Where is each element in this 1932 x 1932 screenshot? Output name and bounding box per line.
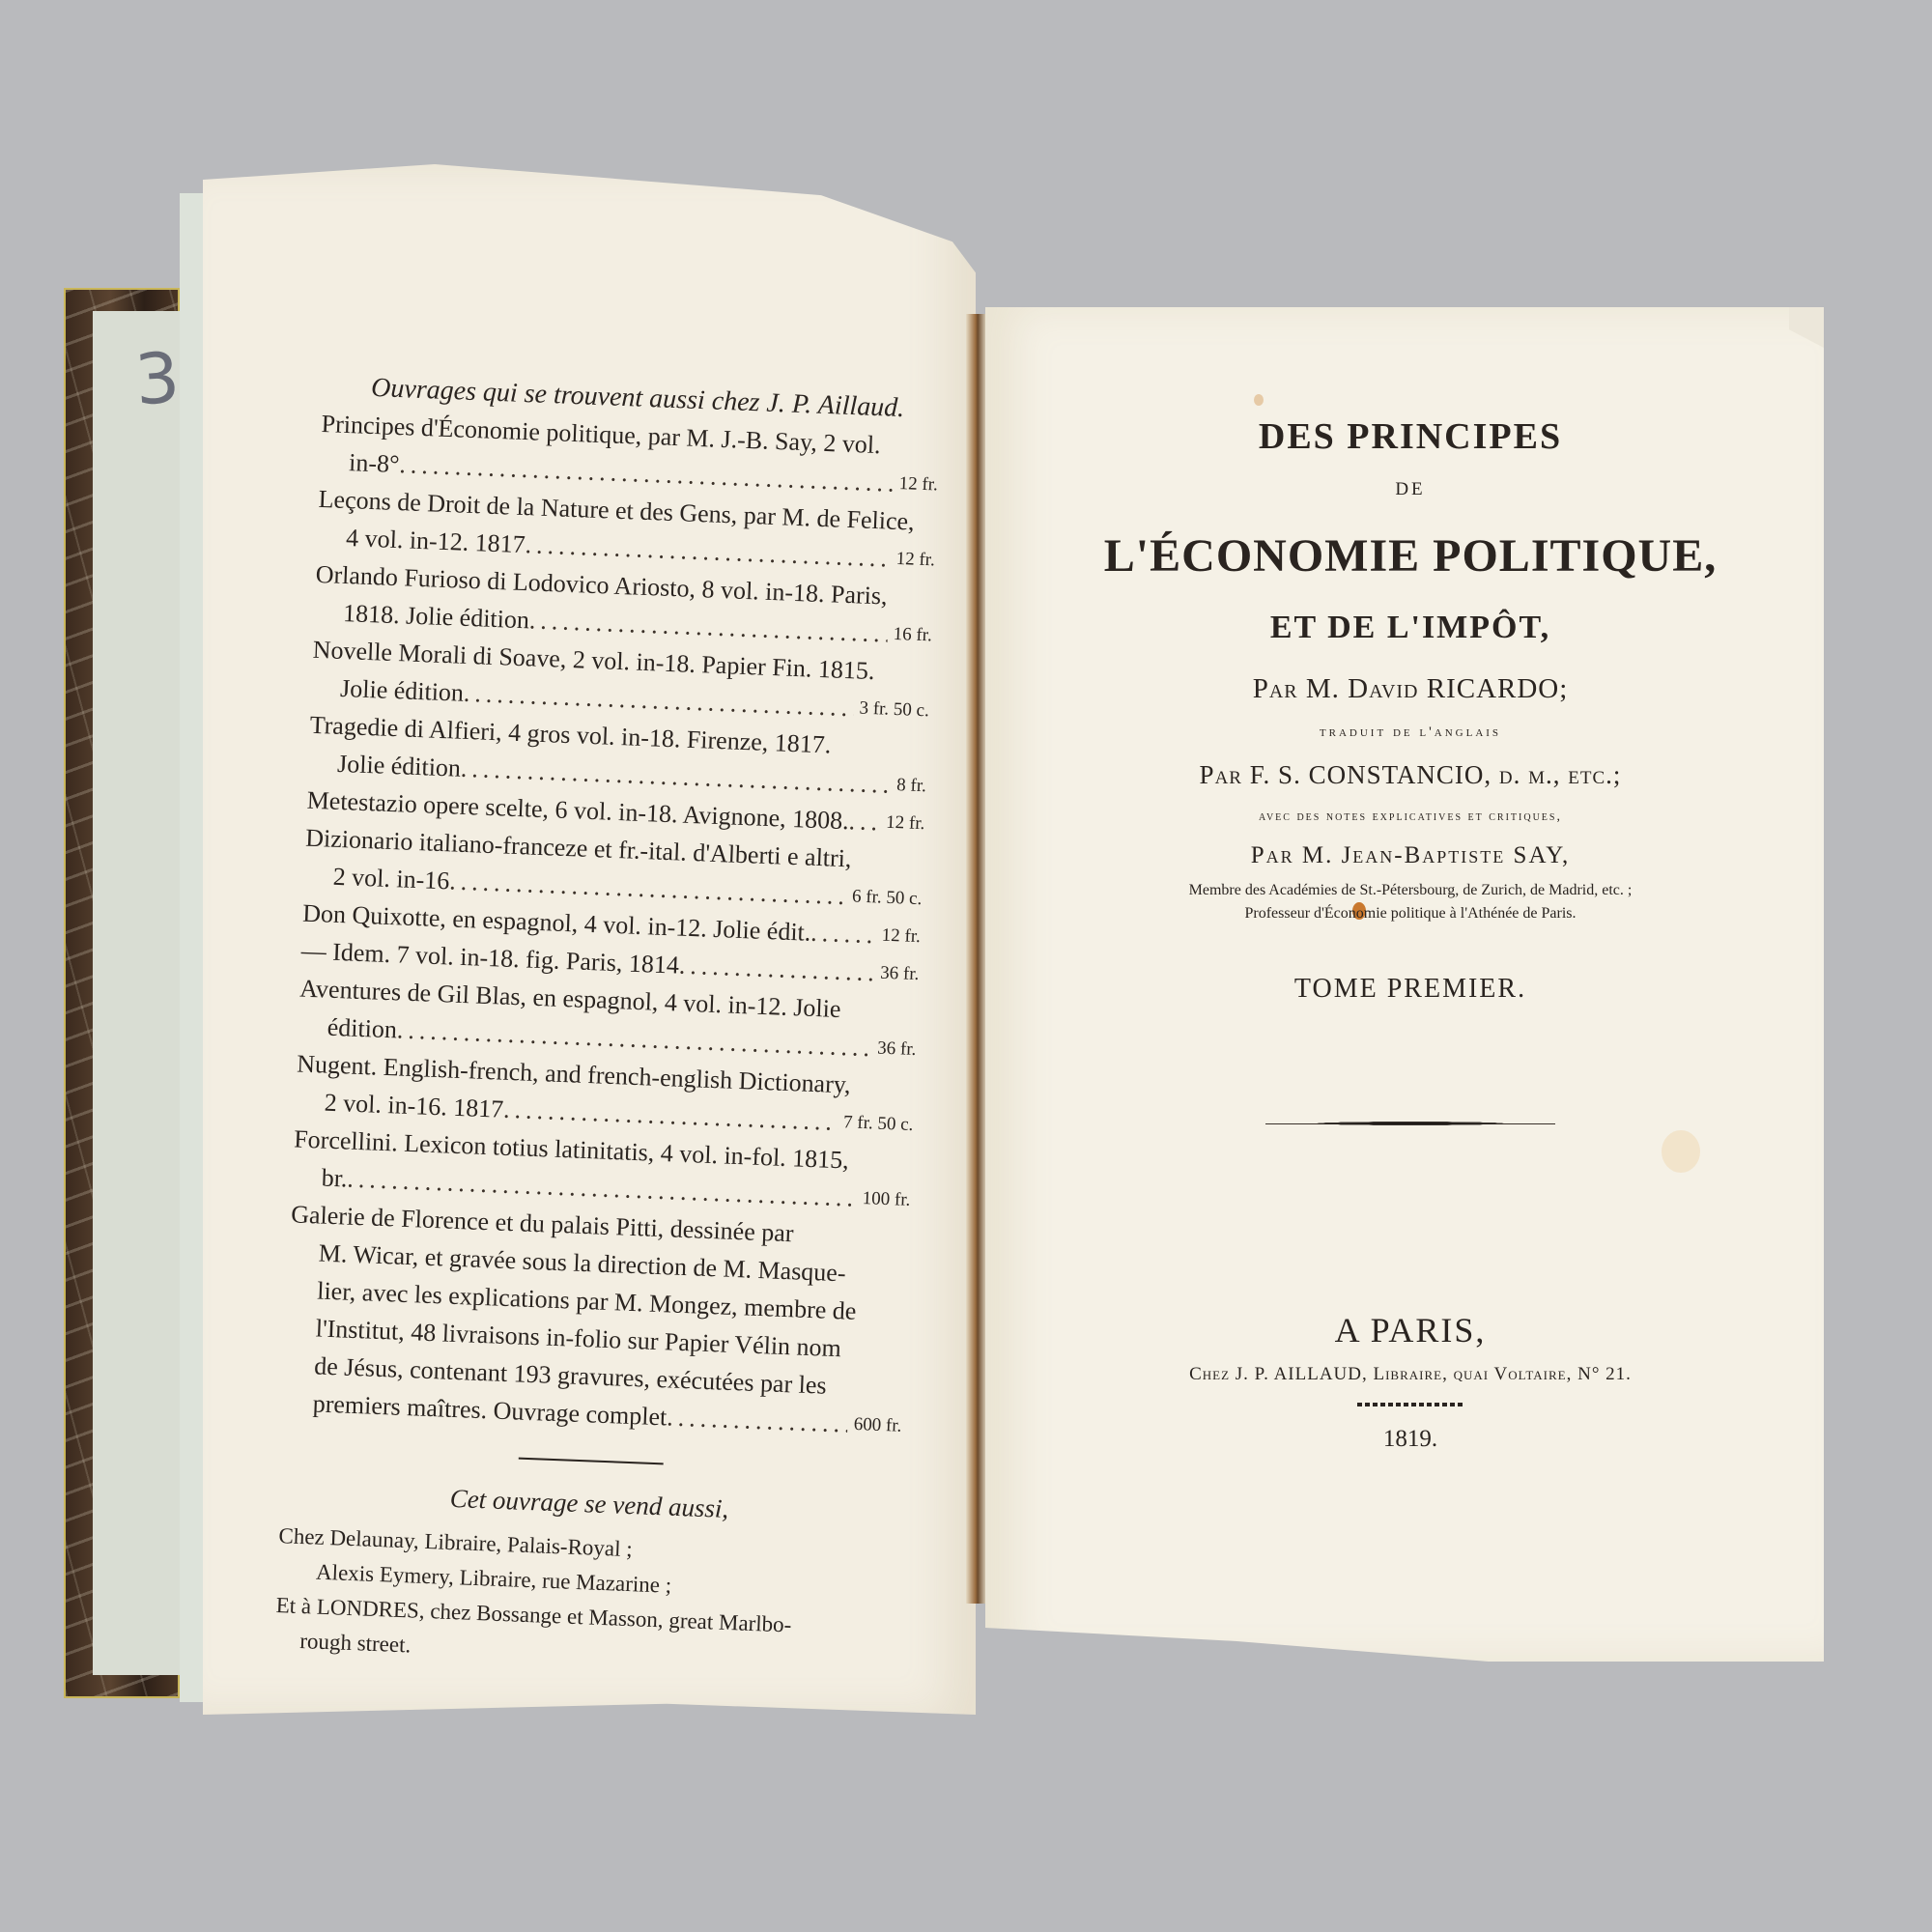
decorative-wavy-rule xyxy=(1357,1403,1463,1406)
dot-leader xyxy=(848,802,881,840)
entry-price: 12 fr. xyxy=(890,540,936,580)
entry-text: in-8° xyxy=(348,443,400,483)
entry-price: 600 fr. xyxy=(847,1406,902,1445)
credentials-line-1: Membre des Académies de St.-Pétersbourg,… xyxy=(1043,879,1777,902)
volume-label: TOME PREMIER. xyxy=(1043,974,1777,1005)
title-line-1: DES PRINCIPES xyxy=(1043,415,1777,458)
advertisement-entry: Galerie de Florence et du palais Pitti, … xyxy=(283,1195,910,1444)
author-line: Par M. David RICARDO; xyxy=(1043,673,1777,705)
translator-line: Par F. S. CONSTANCIO, d. m., etc.; xyxy=(1043,760,1777,790)
entry-text: Jolie édition xyxy=(337,745,462,787)
entry-price: 36 fr. xyxy=(873,953,920,993)
entry-text: Jolie édition xyxy=(340,669,465,712)
entry-price: 6 fr. 50 c. xyxy=(845,877,923,918)
imprint-year: 1819. xyxy=(1043,1426,1777,1453)
annotator-line: Par M. Jean-Baptiste SAY, xyxy=(1043,842,1777,869)
entry-price: 12 fr. xyxy=(893,465,939,504)
credentials-line-2: Professeur d'Économie politique à l'Athé… xyxy=(1043,902,1777,925)
book-gutter xyxy=(966,314,987,1604)
handwritten-pencil-mark: 3 xyxy=(132,337,183,421)
dot-leader xyxy=(667,1398,849,1442)
entry-text: 2 vol. in-16 xyxy=(332,858,450,900)
title-line-4: ET DE L'IMPÔT, xyxy=(1043,610,1777,646)
section-rule xyxy=(519,1458,664,1465)
title-page: DES PRINCIPES DE L'ÉCONOMIE POLITIQUE, E… xyxy=(1043,415,1777,1453)
imprint-publisher: Chez J. P. AILLAUD, Libraire, quai Volta… xyxy=(1043,1364,1777,1385)
foxing-stain xyxy=(1254,394,1264,406)
advertisement-entries: Principes d'Économie politique, par M. J… xyxy=(283,405,940,1445)
entry-price: 36 fr. xyxy=(871,1029,918,1068)
imprint-place: A PARIS, xyxy=(1043,1310,1777,1350)
entry-price: 100 fr. xyxy=(856,1179,911,1219)
translated-label: TRADUIT DE L'ANGLAIS xyxy=(1043,724,1777,741)
entry-price: 16 fr. xyxy=(887,615,933,655)
entry-price: 8 fr. xyxy=(890,766,926,805)
title-line-3: L'ÉCONOMIE POLITIQUE, xyxy=(1043,529,1777,582)
entry-text: br. xyxy=(321,1159,348,1198)
annotator-credentials: Membre des Académies de St.-Pétersbourg,… xyxy=(1043,879,1777,925)
entry-price: 7 fr. 50 c. xyxy=(837,1103,914,1144)
entry-price: 12 fr. xyxy=(879,803,925,842)
entry-price: 3 fr. 50 c. xyxy=(853,689,930,729)
title-line-2: DE xyxy=(1043,479,1777,500)
notes-label: AVEC DES NOTES EXPLICATIVES ET CRITIQUES… xyxy=(1043,810,1777,825)
advertisement-list: Ouvrages qui se trouvent aussi chez J. P… xyxy=(274,367,942,1682)
dot-leader xyxy=(810,914,877,954)
entry-text: édition xyxy=(327,1009,398,1049)
ornamental-rule xyxy=(1265,1121,1555,1126)
entry-price: 12 fr. xyxy=(875,916,922,955)
